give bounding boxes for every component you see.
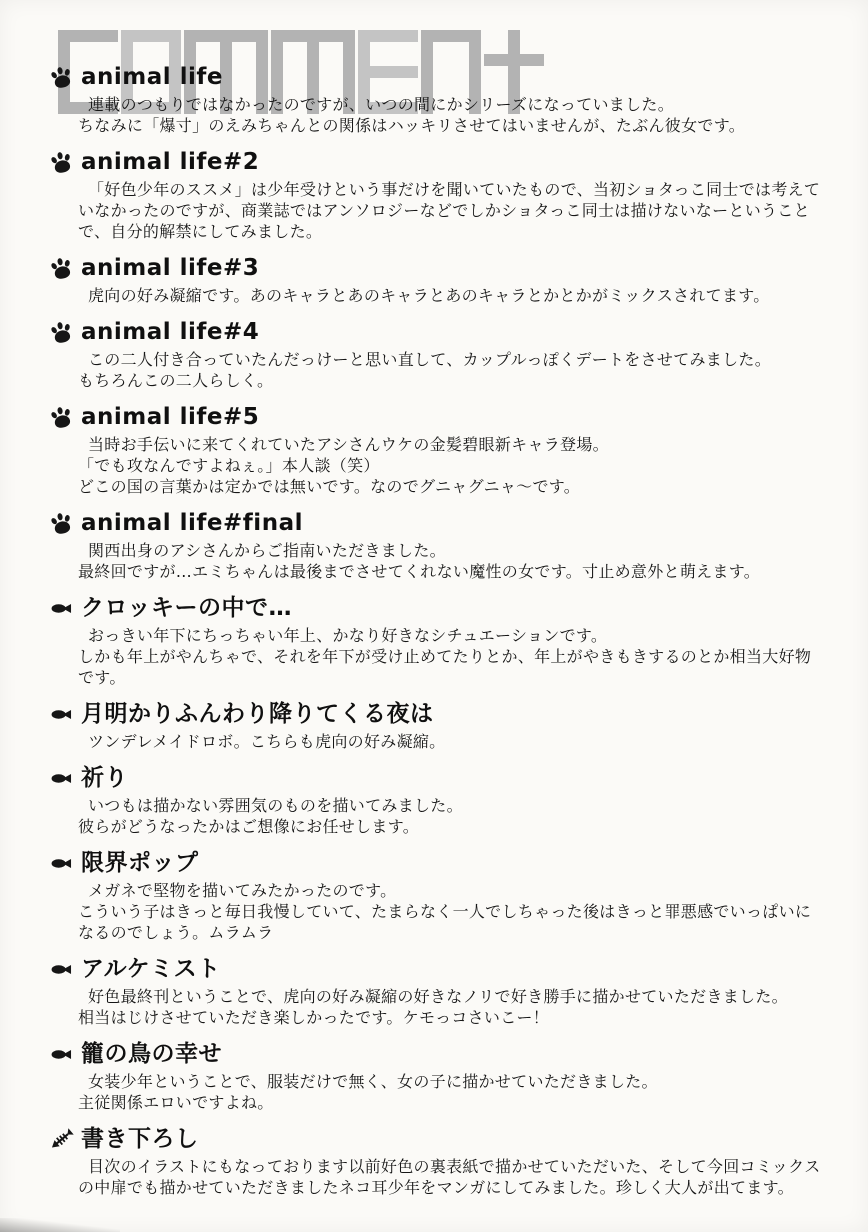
body-line: です。 (78, 667, 834, 688)
section-body: 当時お手伝いに来てくれていたアシさんウケの金髪碧眼新キャラ登場。「でも攻なんです… (78, 434, 834, 497)
paw-icon (46, 321, 76, 344)
section-title: animal life#2 (81, 147, 259, 177)
section-title: 限界ポップ (81, 848, 199, 878)
section-title-row: animal life (46, 62, 834, 92)
body-line: 「でも攻なんですよねぇ。」本人談（笑） (78, 455, 834, 476)
body-line: 連載のつもりではなかったのですが、いつの間にかシリーズになっていました。 (78, 94, 834, 115)
body-line: 関西出身のアシさんからご指南いただきました。 (78, 540, 834, 561)
section-list: animal life 連載のつもりではなかったのですが、いつの間にかシリーズに… (0, 0, 868, 1198)
section-title-row: 月明かりふんわり降りてくる夜は (46, 699, 834, 729)
section: アルケミスト 好色最終刊ということで、虎向の好み凝縮の好きなノリで好き勝手に描か… (46, 954, 834, 1028)
section: 月明かりふんわり降りてくる夜は ツンデレメイドロボ。こちらも虎向の好み凝縮。 (46, 699, 834, 752)
section-title: animal life#5 (81, 402, 259, 432)
body-line: 当時お手伝いに来てくれていたアシさんウケの金髪碧眼新キャラ登場。 (78, 434, 834, 455)
body-line: 虎向の好み凝縮です。あのキャラとあのキャラとあのキャラとかとかがミックスされてま… (78, 285, 834, 306)
body-line: 相当はじけさせていただき楽しかったです。ケモっコさいこー！ (78, 1007, 834, 1028)
body-line: 主従関係エロいですよね。 (78, 1092, 834, 1113)
body-line: もちろんこの二人らしく。 (78, 370, 834, 391)
section-title-row: animal life#4 (46, 317, 834, 347)
section: animal life#3 虎向の好み凝縮です。あのキャラとあのキャラとあのキャ… (46, 253, 834, 306)
paw-icon (46, 151, 76, 174)
body-line: いつもは描かない雰囲気のものを描いてみました。 (78, 795, 834, 816)
body-line: で、自分的解禁にしてみました。 (78, 221, 834, 242)
section: 書き下ろし 目次のイラストにもなっております以前好色の裏表紙で描かせていただいた… (46, 1124, 834, 1198)
body-line: 女装少年ということで、服装だけで無く、女の子に描かせていただきました。 (78, 1071, 834, 1092)
section: 限界ポップ メガネで堅物を描いてみたかったのです。こういう子はきっと毎日我慢して… (46, 848, 834, 943)
section-body: 女装少年ということで、服装だけで無く、女の子に描かせていただきました。主従関係エ… (78, 1071, 834, 1113)
paw-icon (46, 512, 76, 535)
fish-icon (46, 602, 76, 615)
section-title-row: 書き下ろし (46, 1124, 834, 1154)
body-line: 好色最終刊ということで、虎向の好み凝縮の好きなノリで好き勝手に描かせていただきま… (78, 986, 834, 1007)
fish-icon (46, 857, 76, 870)
body-line: なるのでしょう。ムラムラ (78, 922, 834, 943)
body-line: いなかったのですが、商業誌ではアンソロジーなどでしかショタっこ同士は描けないなー… (78, 200, 834, 221)
section-title-row: animal life#5 (46, 402, 834, 432)
section-title-row: アルケミスト (46, 954, 834, 984)
fish-icon (46, 963, 76, 976)
section-body: いつもは描かない雰囲気のものを描いてみました。彼らがどうなったかはご想像にお任せ… (78, 795, 834, 837)
section-body: 虎向の好み凝縮です。あのキャラとあのキャラとあのキャラとかとかがミックスされてま… (78, 285, 834, 306)
section-title: 祈り (81, 763, 128, 793)
section: クロッキーの中で… おっきい年下にちっちゃい年上、かなり好きなシチュエーションで… (46, 593, 834, 688)
fish-icon (46, 708, 76, 721)
section: animal life#final 関西出身のアシさんからご指南いただきました。… (46, 508, 834, 582)
section: 祈り いつもは描かない雰囲気のものを描いてみました。彼らがどうなったかはご想像に… (46, 763, 834, 837)
body-line: 最終回ですが…エミちゃんは最後までさせてくれない魔性の女です。寸止め意外と萌えま… (78, 561, 834, 582)
body-line: ツンデレメイドロボ。こちらも虎向の好み凝縮。 (78, 731, 834, 752)
body-line: どこの国の言葉かは定かでは無いです。なのでグニャグニャ〜です。 (78, 476, 834, 497)
section-title-row: 祈り (46, 763, 834, 793)
body-line: 目次のイラストにもなっております以前好色の裏表紙で描かせていただいた、そして今回… (78, 1156, 834, 1177)
body-line: ちなみに「爆寸」のえみちゃんとの関係はハッキリさせてはいませんが、たぶん彼女です… (78, 115, 834, 136)
section-title-row: animal life#2 (46, 147, 834, 177)
section-title: アルケミスト (81, 954, 221, 984)
body-line: 彼らがどうなったかはご想像にお任せします。 (78, 816, 834, 837)
section-title: animal life#4 (81, 317, 259, 347)
section-body: 目次のイラストにもなっております以前好色の裏表紙で描かせていただいた、そして今回… (78, 1156, 834, 1198)
body-line: この二人付き合っていたんだっけーと思い直して、カップルっぽくデートをさせてみまし… (78, 349, 834, 370)
comment-page: animal life 連載のつもりではなかったのですが、いつの間にかシリーズに… (0, 0, 868, 1232)
body-line: 「好色少年のススメ」は少年受けという事だけを聞いていたもので、当初ショタっこ同士… (78, 179, 834, 200)
section-body: おっきい年下にちっちゃい年上、かなり好きなシチュエーションです。しかも年上がやん… (78, 625, 834, 688)
section-title: animal life (81, 62, 223, 92)
fish-icon (46, 1048, 76, 1061)
paw-icon (46, 66, 76, 89)
section: 籠の鳥の幸せ 女装少年ということで、服装だけで無く、女の子に描かせていただきまし… (46, 1039, 834, 1113)
body-line: メガネで堅物を描いてみたかったのです。 (78, 880, 834, 901)
section-title-row: クロッキーの中で… (46, 593, 834, 623)
section-title: 月明かりふんわり降りてくる夜は (81, 699, 434, 729)
section-title: animal life#3 (81, 253, 259, 283)
section: animal life#4 この二人付き合っていたんだっけーと思い直して、カップ… (46, 317, 834, 391)
body-line: の中扉でも描かせていただきましたネコ耳少年をマンガにしてみました。珍しく大人が出… (78, 1177, 834, 1198)
section-title-row: animal life#3 (46, 253, 834, 283)
section-body: ツンデレメイドロボ。こちらも虎向の好み凝縮。 (78, 731, 834, 752)
section-body: メガネで堅物を描いてみたかったのです。こういう子はきっと毎日我慢していて、たまら… (78, 880, 834, 943)
section-body: 連載のつもりではなかったのですが、いつの間にかシリーズになっていました。ちなみに… (78, 94, 834, 136)
fishbone-icon (46, 1126, 76, 1153)
section-title-row: animal life#final (46, 508, 834, 538)
paw-icon (46, 406, 76, 429)
section-body: 「好色少年のススメ」は少年受けという事だけを聞いていたもので、当初ショタっこ同士… (78, 179, 834, 242)
section-title: animal life#final (81, 508, 303, 538)
fish-icon (46, 772, 76, 785)
section-title-row: 限界ポップ (46, 848, 834, 878)
section-title: クロッキーの中で… (81, 593, 292, 623)
section: animal life#2 「好色少年のススメ」は少年受けという事だけを聞いてい… (46, 147, 834, 242)
section-body: 関西出身のアシさんからご指南いただきました。最終回ですが…エミちゃんは最後までさ… (78, 540, 834, 582)
section-title: 書き下ろし (81, 1124, 199, 1154)
section-title-row: 籠の鳥の幸せ (46, 1039, 834, 1069)
body-line: しかも年上がやんちゃで、それを年下が受け止めてたりとか、年上がやきもきするのとか… (78, 646, 834, 667)
section: animal life#5 当時お手伝いに来てくれていたアシさんウケの金髪碧眼新… (46, 402, 834, 497)
paw-icon (46, 257, 76, 280)
body-line: おっきい年下にちっちゃい年上、かなり好きなシチュエーションです。 (78, 625, 834, 646)
section: animal life 連載のつもりではなかったのですが、いつの間にかシリーズに… (46, 62, 834, 136)
section-title: 籠の鳥の幸せ (81, 1039, 222, 1069)
section-body: この二人付き合っていたんだっけーと思い直して、カップルっぽくデートをさせてみまし… (78, 349, 834, 391)
section-body: 好色最終刊ということで、虎向の好み凝縮の好きなノリで好き勝手に描かせていただきま… (78, 986, 834, 1028)
body-line: こういう子はきっと毎日我慢していて、たまらなく一人でしちゃった後はきっと罪悪感で… (78, 901, 834, 922)
